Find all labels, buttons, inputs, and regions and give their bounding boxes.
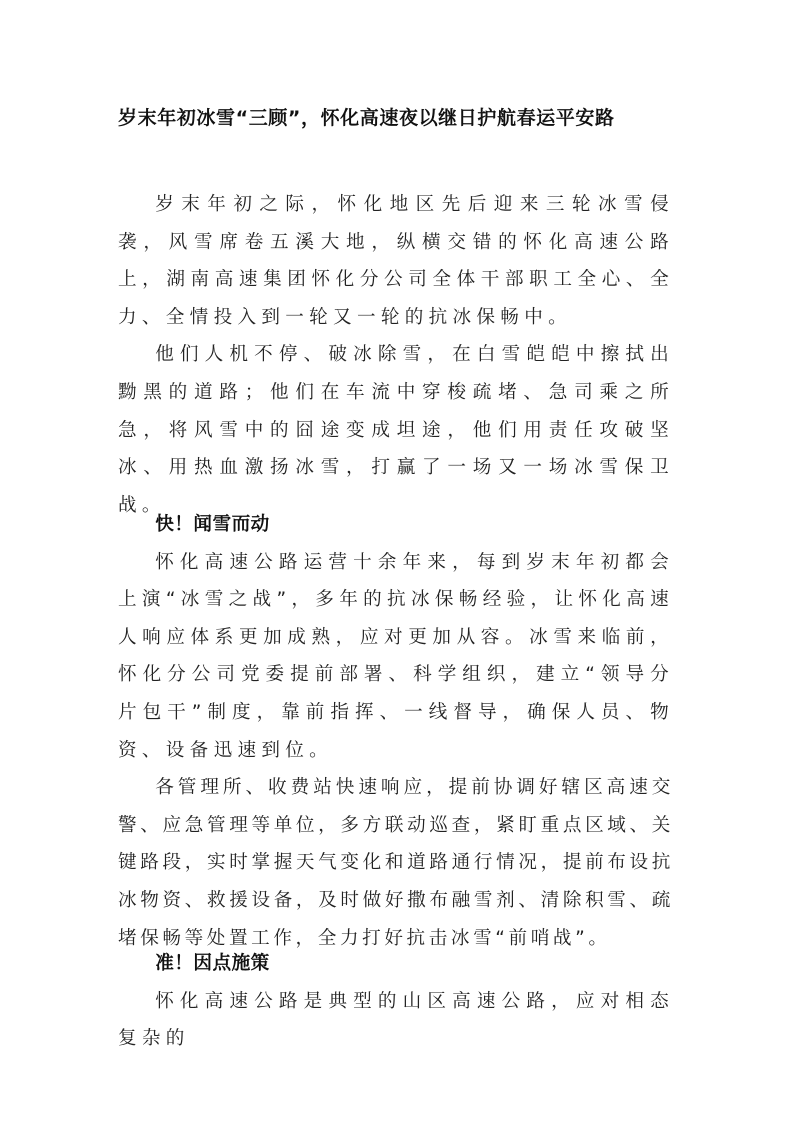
intro-paragraph-1: 岁末年初之际，怀化地区先后迎来三轮冰雪侵袭，风雪席卷五溪大地，纵横交错的怀化高速… (118, 186, 674, 336)
section1-paragraph-1: 怀化高速公路运营十余年来，每到岁末年初都会上演“冰雪之战”，多年的抗冰保畅经验，… (118, 544, 674, 770)
document-page: 岁末年初冰雪“三顾”，怀化高速夜以继日护航春运平安路 岁末年初之际，怀化地区先后… (0, 0, 793, 1122)
intro-paragraph-2: 他们人机不停、破冰除雪，在白雪皑皑中擦拭出黝黑的道路；他们在车流中穿梭疏堵、急司… (118, 336, 674, 524)
section-precise-measures: 准！因点施策 怀化高速公路是典型的山区高速公路，应对相态复杂的 (118, 945, 674, 1058)
section-heading-quick: 快！闻雪而动 (118, 506, 674, 544)
section1-paragraph-2: 各管理所、收费站快速响应，提前协调好辖区高速交警、应急管理等单位，多方联动巡查，… (118, 769, 674, 957)
intro-section: 岁末年初之际，怀化地区先后迎来三轮冰雪侵袭，风雪席卷五溪大地，纵横交错的怀化高速… (118, 186, 674, 524)
document-title: 岁末年初冰雪“三顾”，怀化高速夜以继日护航春运平安路 (118, 103, 698, 130)
section-heading-precise: 准！因点施策 (118, 945, 674, 983)
section2-paragraph-1: 怀化高速公路是典型的山区高速公路，应对相态复杂的 (118, 983, 674, 1058)
section-quick-response: 快！闻雪而动 怀化高速公路运营十余年来，每到岁末年初都会上演“冰雪之战”，多年的… (118, 506, 674, 957)
